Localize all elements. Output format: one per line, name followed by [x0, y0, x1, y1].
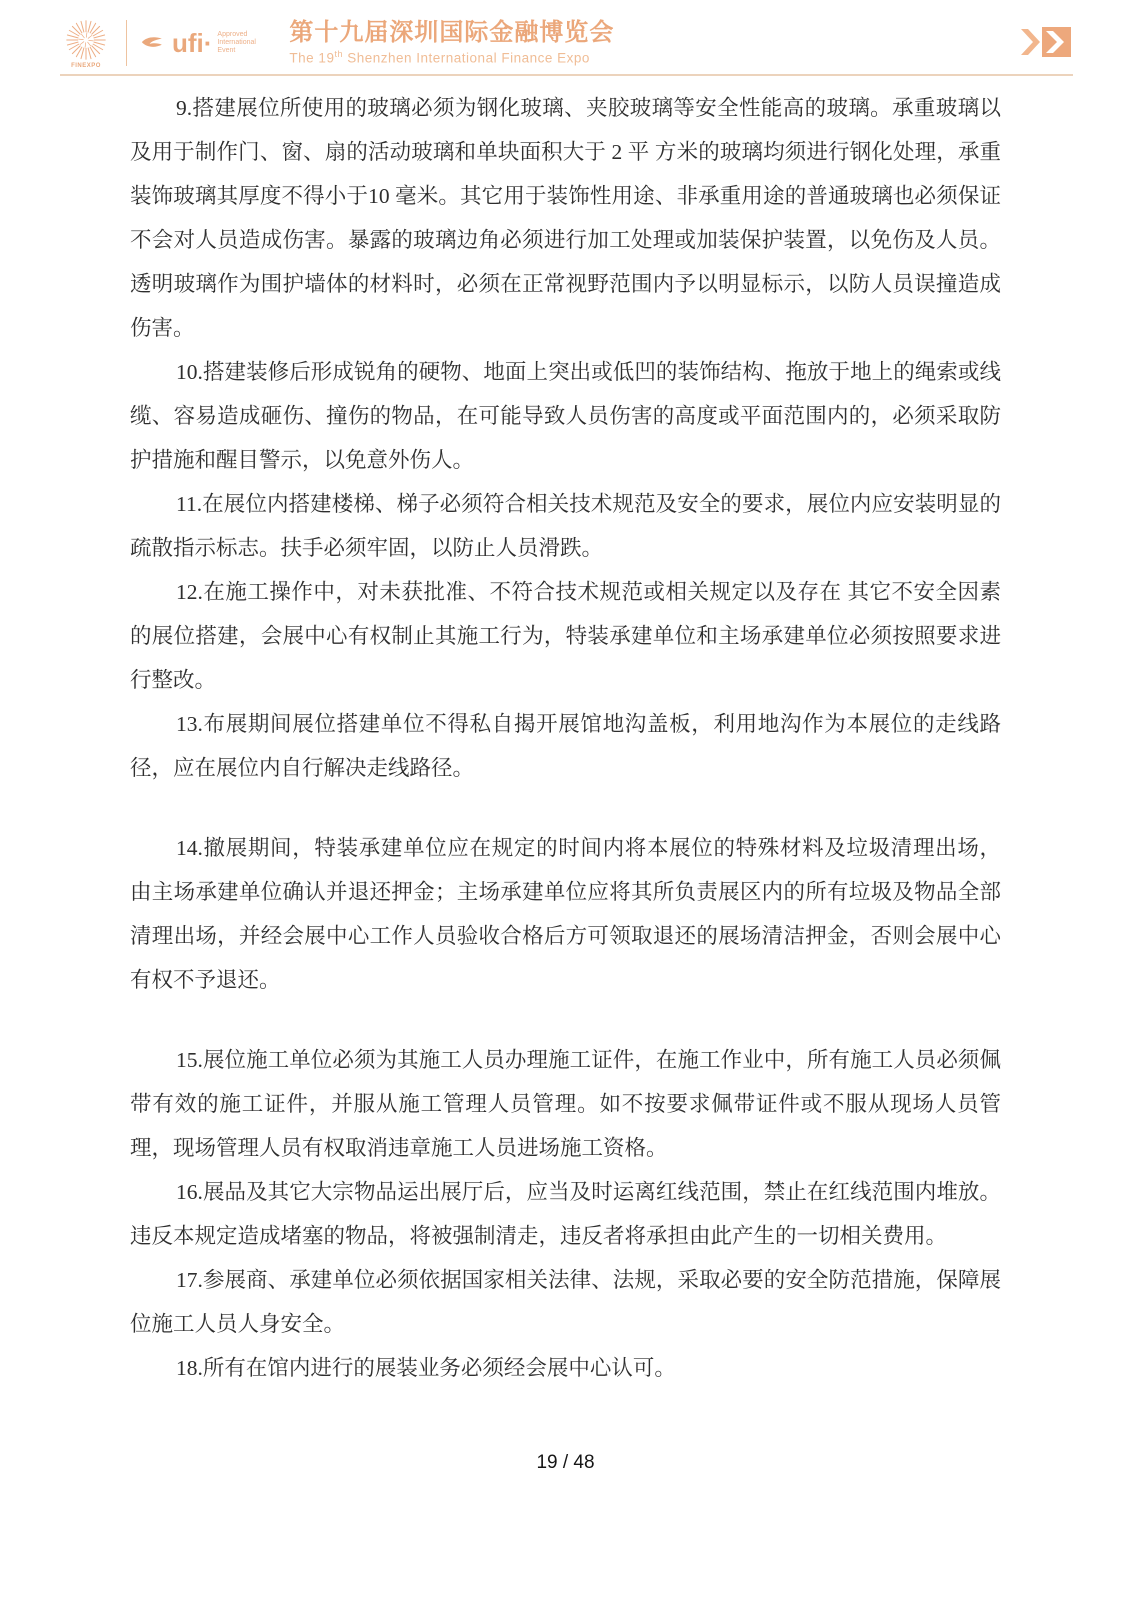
paragraph-15: 15.展位施工单位必须为其施工人员办理施工证件，在施工作业中，所有施工人员必须佩… — [130, 1038, 1001, 1170]
expo-title-cn: 第十九届深圳国际金融博览会 — [289, 20, 614, 46]
paragraph-10: 10.搭建装修后形成锐角的硬物、地面上突出或低凹的装饰结构、拖放于地上的绳索或线… — [130, 350, 1001, 482]
ufi-tagline-line3: Event — [217, 47, 235, 54]
paragraph-12: 12.在施工操作中，对未获批准、不符合技术规范或相关规定以及存在 其它不安全因素… — [130, 570, 1001, 702]
document-page: FINEXPO ufi· Approved International Even… — [0, 0, 1131, 1600]
ufi-tagline: Approved International Event — [217, 31, 265, 55]
expo-title-block: 第十九届深圳国际金融博览会 The 19th Shenzhen Internat… — [289, 20, 614, 67]
ufi-logo: ufi· Approved International Event — [141, 30, 265, 56]
ufi-wordmark: ufi· — [172, 30, 212, 56]
paragraph-13: 13.布展期间展位搭建单位不得私自揭开展馆地沟盖板，利用地沟作为本展位的走线路径… — [130, 702, 1001, 790]
sunburst-icon — [64, 18, 108, 62]
paragraph-16: 16.展品及其它大宗物品运出展厅后，应当及时运离红线范围，禁止在红线范围内堆放。… — [130, 1170, 1001, 1258]
paragraph-9: 9.搭建展位所使用的玻璃必须为钢化玻璃、夹胶玻璃等安全性能高的玻璃。承重玻璃以及… — [130, 86, 1001, 350]
expo-title-en-prefix: The 19 — [289, 50, 334, 65]
page-header: FINEXPO ufi· Approved International Even… — [60, 12, 1073, 76]
expo-title-en-sup: th — [334, 49, 343, 59]
ufi-swoosh-icon — [141, 36, 167, 50]
finexpo-label: FINEXPO — [71, 63, 101, 69]
paragraph-18: 18.所有在馆内进行的展装业务必须经会展中心认可。 — [130, 1346, 1001, 1390]
header-divider — [126, 20, 127, 66]
expo-title-en-suffix: Shenzhen International Finance Expo — [343, 50, 590, 65]
paragraph-11: 11.在展位内搭建楼梯、梯子必须符合相关技术规范及安全的要求，展位内应安装明显的… — [130, 482, 1001, 570]
ufi-tagline-line1: Approved — [217, 31, 247, 38]
finexpo-logo: FINEXPO — [60, 18, 112, 69]
ufi-tagline-line2: International — [217, 39, 256, 46]
document-body: 9.搭建展位所使用的玻璃必须为钢化玻璃、夹胶玻璃等安全性能高的玻璃。承重玻璃以及… — [130, 86, 1001, 1390]
page-number: 19 / 48 — [0, 1452, 1131, 1474]
expo-title-en: The 19th Shenzhen International Finance … — [289, 46, 614, 67]
paragraph-17: 17.参展商、承建单位必须依据国家相关法律、法规，采取必要的安全防范措施，保障展… — [130, 1258, 1001, 1346]
paragraph-14: 14.撤展期间，特装承建单位应在规定的时间内将本展位的特殊材料及垃圾清理出场， … — [130, 826, 1001, 1002]
double-chevron-icon — [1017, 24, 1073, 60]
logo-cluster: FINEXPO ufi· Approved International Even… — [60, 18, 614, 69]
